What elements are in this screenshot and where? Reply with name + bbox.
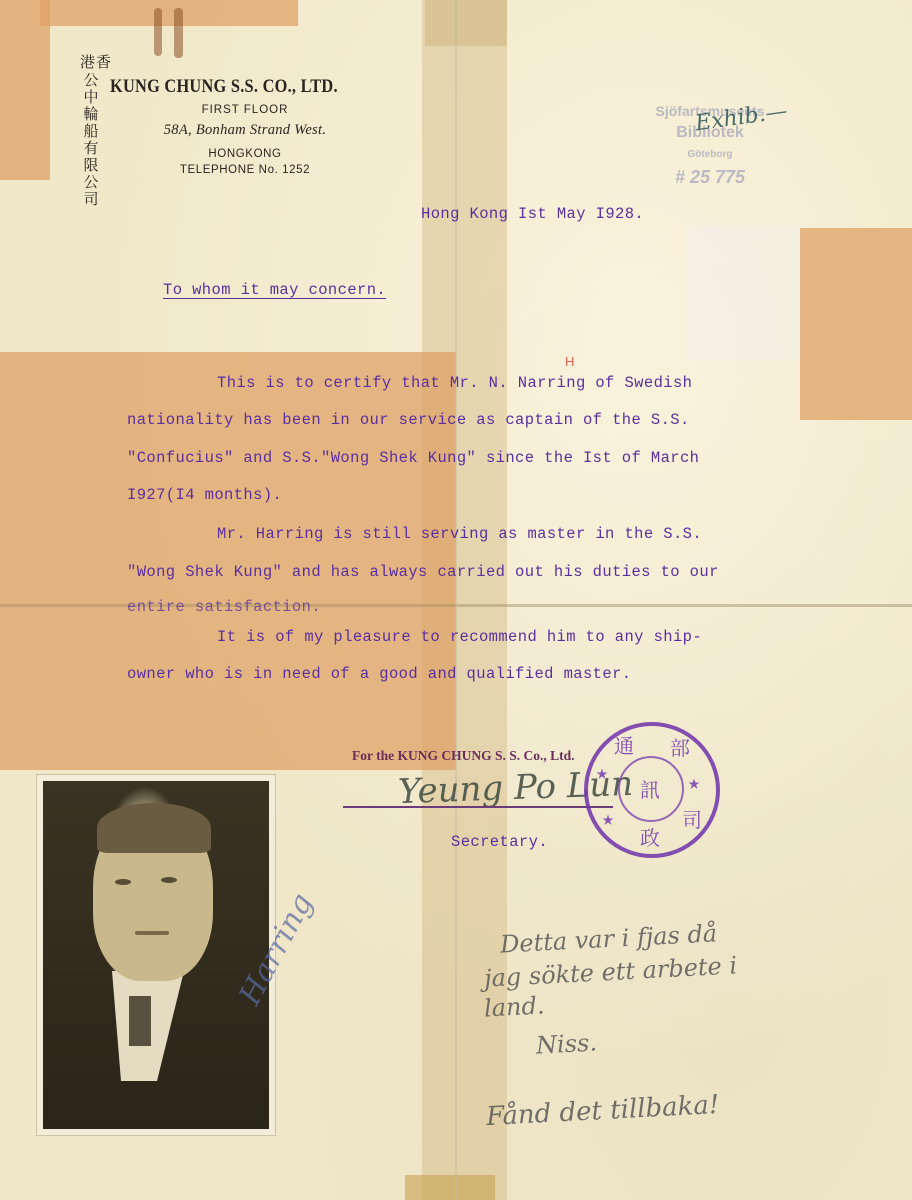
photo-eye [115,879,131,885]
letterhead: 港香 公 中 輪 船 有 限 公 司 KUNG CHUNG S.S. CO., … [62,48,372,208]
body-line: nationality has been in our service as c… [127,411,690,429]
letterhead-floor: FIRST FLOOR [110,104,380,116]
tape-top-center [425,0,507,46]
portrait-photograph [36,774,276,1136]
document-paper: 港香 公 中 輪 船 有 限 公 司 KUNG CHUNG S.S. CO., … [0,0,912,1200]
tape-top-left [0,0,50,180]
letter-date: Hong Kong Ist May I928. [421,205,644,223]
star-icon: ★ [688,770,700,796]
body-line: "Wong Shek Kung" and has always carried … [127,563,719,581]
seal-char: 通 [614,730,634,759]
fold-crease-vertical [455,0,457,1200]
tape-right-middle [800,228,912,420]
seal-char: 司 [682,804,702,833]
chinese-char: 輪 [82,106,100,123]
chinese-char: 船 [82,123,100,140]
letter-salutation: To whom it may concern. [163,281,386,299]
handwritten-note-line: Fånd det tillbaka! [485,1090,720,1132]
handwritten-note-line: land. [483,991,545,1022]
seal-char: 訊 [640,774,660,803]
handwritten-note-line: Niss. [535,1028,597,1059]
handwritten-note-line: Detta var i fjas då [499,919,717,958]
body-line: It is of my pleasure to recommend him to… [217,628,702,646]
seal-char: 部 [670,732,690,761]
company-seal: 通 部 司 政 訊 ★ ★ ★ [584,722,720,858]
chinese-vertical: 公 中 輪 船 有 限 公 司 [82,72,100,208]
photo-mouth [135,931,169,935]
library-stamp-line: # 25 775 [630,166,790,188]
body-line: This is to certify that Mr. N. Narring o… [217,374,692,392]
for-company-stamp: For the KUNG CHUNG S. S. Co., Ltd. [352,748,575,764]
seal-char: 政 [640,822,660,851]
body-line: Mr. Harring is still serving as master i… [217,525,702,543]
signatory-title: Secretary. [451,833,548,851]
photo-hair [97,803,211,853]
chinese-char: 有 [82,140,100,157]
chinese-char: 公 [82,72,100,89]
letterhead-address: 58A, Bonham Strand West. [110,122,380,139]
red-mark: H [565,354,574,369]
photo-eye [161,877,177,883]
body-line: entire satisfaction. [127,598,321,616]
tape-bottom-center [405,1175,495,1200]
body-line: I927(I4 months). [127,486,282,504]
company-name: KUNG CHUNG S.S. CO., LTD. [110,76,338,98]
signature-line [343,806,613,808]
letterhead-city: HONGKONG [110,148,380,160]
chinese-char: 中 [82,89,100,106]
chinese-top: 港香 [78,54,114,71]
tape-light-patch [685,225,800,360]
photo-tie [129,996,151,1046]
chinese-char: 限 [82,157,100,174]
star-icon: ★ [602,806,614,832]
library-stamp-line: Göteborg [630,144,790,166]
body-line: owner who is in need of a good and quali… [127,665,631,683]
chinese-char: 司 [82,191,100,208]
chinese-char: 公 [82,174,100,191]
star-icon: ★ [596,760,608,786]
photo-image [43,781,269,1129]
letterhead-telephone: TELEPHONE No. 1252 [110,164,380,176]
tape-top-strip [40,0,298,26]
body-line: "Confucius" and S.S."Wong Shek Kung" sin… [127,449,699,467]
